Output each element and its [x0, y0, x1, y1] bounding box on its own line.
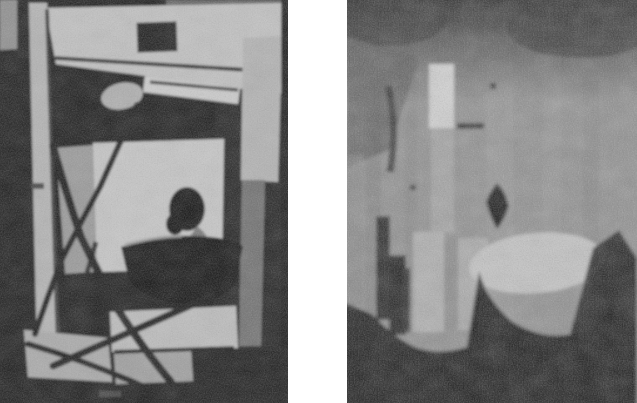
left-photo-graphic: [0, 0, 288, 403]
scanned-page: [0, 0, 637, 403]
left-photo: [0, 0, 288, 403]
right-photo: [347, 0, 637, 403]
right-photo-graphic: [347, 0, 637, 403]
halftone-grain-overlay: [347, 0, 637, 403]
photo-gutter: [288, 0, 347, 403]
halftone-grain-overlay: [0, 0, 288, 403]
